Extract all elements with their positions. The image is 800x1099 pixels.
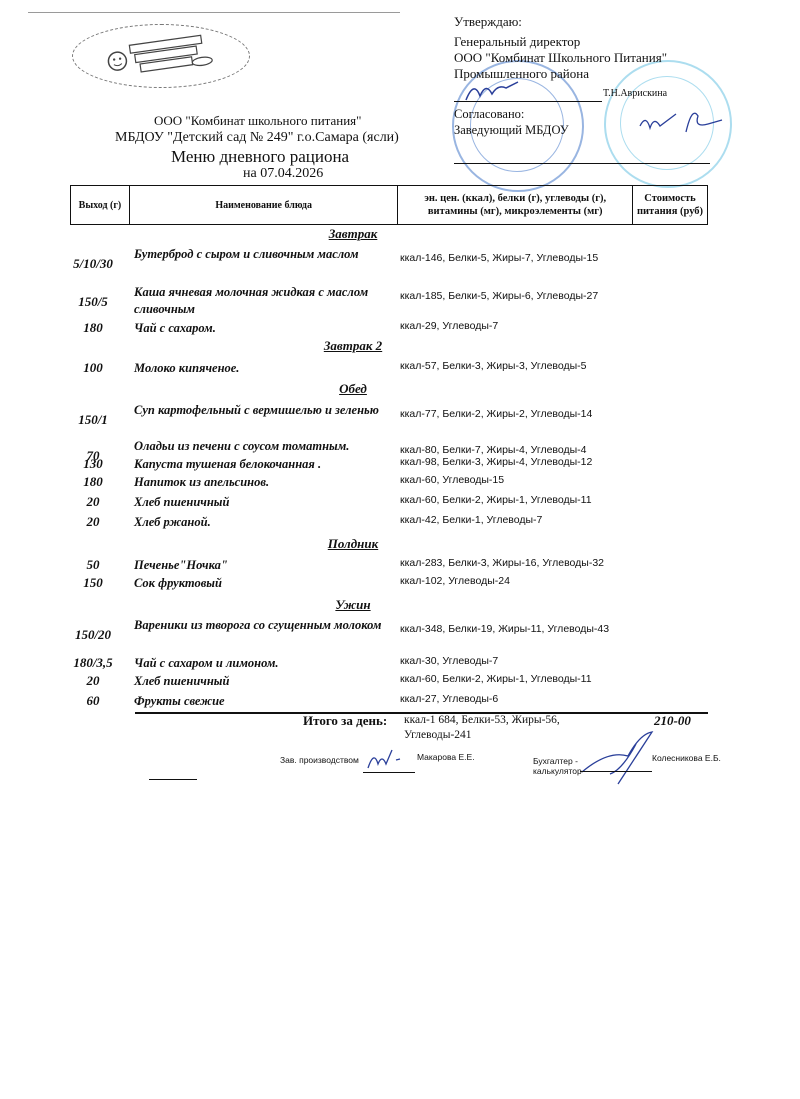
dish-output: 150/5 bbox=[60, 294, 126, 310]
production-label: Зав. производством bbox=[280, 755, 359, 765]
agreed-position: Заведующий МБДОУ bbox=[454, 123, 569, 138]
school-name: МБДОУ "Детский сад № 249" г.о.Самара (яс… bbox=[115, 130, 399, 146]
org-name: ООО "Комбинат школьного питания" bbox=[154, 113, 361, 129]
dish-output: 50 bbox=[60, 557, 126, 573]
approve-label: Утверждаю: bbox=[454, 14, 667, 30]
dish-name: Бутерброд с сыром и сливочным маслом bbox=[134, 246, 396, 263]
accountant-label: Бухгалтер - bbox=[533, 756, 578, 766]
dish-name: Вареники из творога со сгущенным молоком bbox=[134, 617, 396, 634]
production-signature-line bbox=[363, 772, 415, 773]
approval-block: Утверждаю: Генеральный директор ООО "Ком… bbox=[454, 14, 667, 82]
dish-output: 180/3,5 bbox=[60, 655, 126, 671]
section-title: Завтрак bbox=[0, 226, 706, 242]
col-output-header: Выход (г) bbox=[71, 186, 130, 225]
col-nutrition-header: эн. цен. (ккал), белки (г), углеводы (г)… bbox=[398, 186, 633, 225]
accountant-signature-line bbox=[580, 771, 652, 772]
blank-signature-line bbox=[149, 779, 197, 780]
dish-output: 130 bbox=[60, 456, 126, 472]
dish-name: Хлеб пшеничный bbox=[134, 494, 396, 511]
dish-name: Чай с сахаром и лимоном. bbox=[134, 655, 396, 672]
accountant-name: Колесникова Е.Б. bbox=[652, 753, 721, 763]
dish-name: Фрукты свежие bbox=[134, 693, 396, 710]
section-title: Ужин bbox=[0, 597, 706, 613]
approver-company: ООО "Комбинат Школьного Питания" bbox=[454, 50, 667, 66]
dish-output: 20 bbox=[60, 494, 126, 510]
logo-icon bbox=[103, 29, 219, 80]
dish-name: Печенье"Ночка" bbox=[134, 557, 396, 574]
dish-nutrition: ккал-27, Углеводы-6 bbox=[400, 693, 498, 705]
dish-name: Суп картофельный с вермишелью и зеленью bbox=[134, 402, 396, 419]
approver-position: Генеральный директор bbox=[454, 34, 667, 50]
dish-name: Хлеб ржаной. bbox=[134, 514, 396, 531]
company-logo bbox=[72, 24, 250, 88]
dish-name: Чай с сахаром. bbox=[134, 320, 396, 337]
dish-output: 5/10/30 bbox=[60, 256, 126, 272]
page-title: Меню дневного рациона bbox=[171, 147, 349, 167]
dish-name: Хлеб пшеничный bbox=[134, 673, 396, 690]
total-price: 210-00 bbox=[654, 713, 691, 729]
dish-nutrition: ккал-60, Углеводы-15 bbox=[400, 474, 504, 486]
dish-name: Молоко кипяченое. bbox=[134, 360, 396, 377]
total-nutrition: ккал-1 684, Белки-53, Жиры-56, Углеводы-… bbox=[404, 713, 584, 743]
dish-output: 150/20 bbox=[60, 627, 126, 643]
approver-name: Т.Н.Аврискина bbox=[603, 88, 667, 99]
dish-output: 180 bbox=[60, 320, 126, 336]
dish-nutrition: ккал-98, Белки-3, Жиры-4, Углеводы-12 bbox=[400, 456, 592, 468]
col-cost-header: Стоимость питания (руб) bbox=[633, 186, 708, 225]
dish-output: 180 bbox=[60, 474, 126, 490]
dish-nutrition: ккал-80, Белки-7, Жиры-4, Углеводы-4 bbox=[400, 444, 587, 456]
menu-table-header: Выход (г) Наименование блюда эн. цен. (к… bbox=[70, 185, 708, 225]
dish-output: 60 bbox=[60, 693, 126, 709]
agreed-label: Согласовано: bbox=[454, 107, 524, 122]
agreed-signature-line bbox=[454, 163, 710, 164]
dish-name: Напиток из апельсинов. bbox=[134, 474, 396, 491]
dish-name: Капуста тушеная белокочанная . bbox=[134, 456, 396, 473]
dish-nutrition: ккал-60, Белки-2, Жиры-1, Углеводы-11 bbox=[400, 494, 592, 506]
dish-name: Оладьи из печени с соусом томатным. bbox=[134, 438, 396, 455]
dish-nutrition: ккал-30, Углеводы-7 bbox=[400, 655, 498, 667]
dish-name: Каша ячневая молочная жидкая с маслом сл… bbox=[134, 284, 396, 318]
dish-nutrition: ккал-283, Белки-3, Жиры-16, Углеводы-32 bbox=[400, 557, 604, 569]
production-name: Макарова Е.Е. bbox=[417, 752, 475, 762]
section-title: Полдник bbox=[0, 536, 706, 552]
dish-nutrition: ккал-348, Белки-19, Жиры-11, Углеводы-43 bbox=[400, 623, 609, 635]
dish-output: 20 bbox=[60, 673, 126, 689]
total-label: Итого за день: bbox=[303, 713, 387, 729]
dish-nutrition: ккал-77, Белки-2, Жиры-2, Углеводы-14 bbox=[400, 408, 592, 420]
dish-nutrition: ккал-29, Углеводы-7 bbox=[400, 320, 498, 332]
dish-nutrition: ккал-60, Белки-2, Жиры-1, Углеводы-11 bbox=[400, 673, 592, 685]
dish-output: 150 bbox=[60, 575, 126, 591]
dish-output: 20 bbox=[60, 514, 126, 530]
approver-signature-icon bbox=[462, 78, 522, 104]
menu-date: на 07.04.2026 bbox=[243, 166, 323, 182]
accountant-label-2: калькулятор bbox=[533, 766, 582, 776]
dish-nutrition: ккал-42, Белки-1, Углеводы-7 bbox=[400, 514, 542, 526]
dish-nutrition: ккал-146, Белки-5, Жиры-7, Углеводы-15 bbox=[400, 252, 598, 264]
dish-output: 150/1 bbox=[60, 412, 126, 428]
section-title: Обед bbox=[0, 381, 706, 397]
col-name-header: Наименование блюда bbox=[129, 186, 397, 225]
head-signature-icon bbox=[636, 104, 726, 140]
dish-nutrition: ккал-185, Белки-5, Жиры-6, Углеводы-27 bbox=[400, 290, 598, 302]
accountant-signature-icon bbox=[578, 730, 658, 786]
dish-name: Сок фруктовый bbox=[134, 575, 396, 592]
dish-nutrition: ккал-57, Белки-3, Жиры-3, Углеводы-5 bbox=[400, 360, 587, 372]
dish-nutrition: ккал-102, Углеводы-24 bbox=[400, 575, 510, 587]
section-title: Завтрак 2 bbox=[0, 338, 706, 354]
scan-edge-line bbox=[28, 12, 400, 13]
production-signature-icon bbox=[364, 746, 404, 772]
dish-output: 100 bbox=[60, 360, 126, 376]
